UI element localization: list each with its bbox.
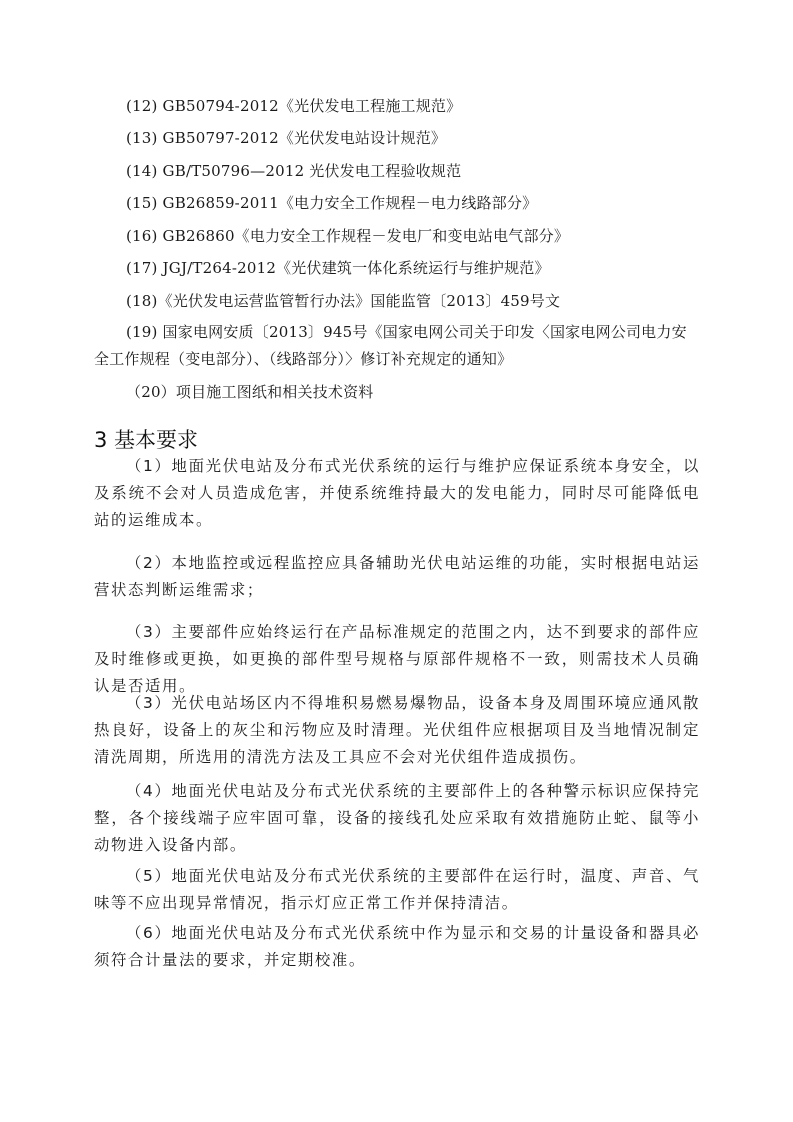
reference-item-14: (14) GB/T50796—2012 光伏发电工程验收规范 [126,161,461,181]
requirement-paragraph-3b: （3）光伏电站场区内不得堆积易燃易爆物品，设备本身及周围环境应通风散热良好，设备… [94,690,700,771]
requirement-paragraph-1: （1）地面光伏电站及分布式光伏系统的运行与维护应保证系统本身安全，以及系统不会对… [94,453,700,534]
requirement-paragraph-4: （4）地面光伏电站及分布式光伏系统的主要部件上的各种警示标识应保持完整，各个接线… [94,778,700,859]
reference-item-20: （20）项目施工图纸和相关技术资料 [126,382,374,402]
reference-item-16: (16) GB26860《电力安全工作规程－发电厂和变电站电气部分》 [126,226,569,246]
requirement-paragraph-2: （2）本地监控或远程监控应具备辅助光伏电站运维的功能，实时根据电站运营状态判断运… [94,550,700,604]
requirement-paragraph-5: （5）地面光伏电站及分布式光伏系统的主要部件在运行时，温度、声音、气味等不应出现… [94,863,700,917]
requirement-paragraph-6: （6）地面光伏电站及分布式光伏系统中作为显示和交易的计量设备和器具必须符合计量法… [94,920,700,974]
requirement-paragraph-3a: （3）主要部件应始终运行在产品标准规定的范围之内，达不到要求的部件应及时维修或更… [94,619,700,700]
reference-item-18: (18)《光伏发电运营监管暂行办法》国能监管〔2013〕459号文 [126,291,560,311]
section-heading: 3 基本要求 [94,426,198,454]
reference-item-13: (13) GB50797-2012《光伏发电站设计规范》 [126,128,446,148]
reference-item-19: (19) 国家电网安质〔2013〕945号《国家电网公司关于印发〈国家电网公司电… [94,319,700,373]
reference-item-15: (15) GB26859-2011《电力安全工作规程－电力线路部分》 [126,193,537,213]
reference-item-17: (17) JGJ/T264-2012《光伏建筑一体化系统运行与维护规范》 [126,258,550,278]
reference-item-12: (12) GB50794-2012《光伏发电工程施工规范》 [126,96,461,116]
